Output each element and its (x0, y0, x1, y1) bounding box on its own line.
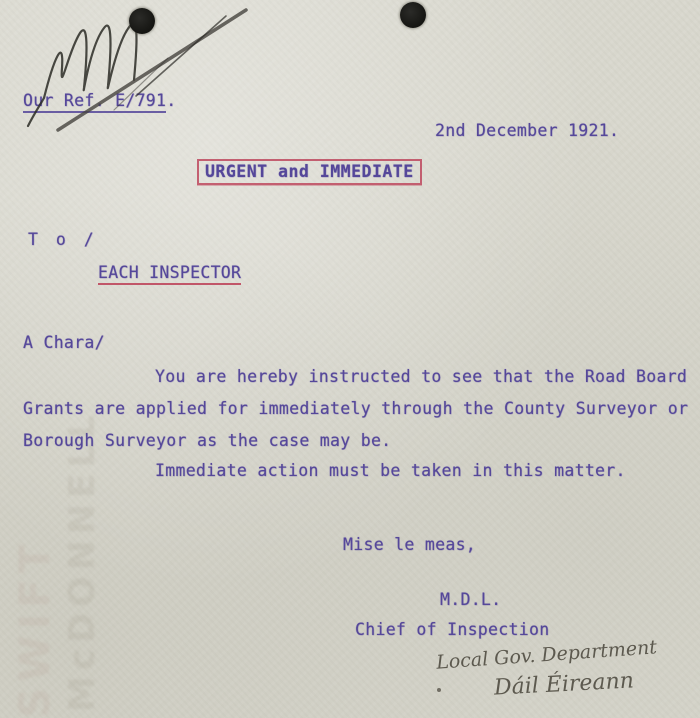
to-label: T o / (28, 230, 98, 249)
ghost-stamp-text-2: SWIFT (10, 538, 59, 718)
punch-hole-left (129, 8, 155, 34)
signature-title: Chief of Inspection (355, 620, 549, 639)
recipient-text: EACH INSPECTOR (98, 263, 241, 285)
pencil-dot (437, 688, 441, 692)
body-line-2: Grants are applied for immediately throu… (23, 399, 688, 418)
body-line-4: Immediate action must be taken in this m… (155, 461, 626, 480)
signature-initials: M.D.L. (440, 590, 501, 609)
urgent-banner: URGENT and IMMEDIATE (197, 162, 422, 181)
punch-hole-right (400, 2, 426, 28)
date-line: 2nd December 1921. (435, 121, 619, 140)
salutation: A Chara/ (23, 333, 105, 352)
closing-line: Mise le meas, (343, 535, 476, 554)
body-line-1: You are hereby instructed to see that th… (155, 367, 687, 386)
urgent-banner-text: URGENT and IMMEDIATE (197, 159, 422, 185)
recipient-line: EACH INSPECTOR (98, 263, 241, 282)
ghost-stamp-text-1: McDONNELL (62, 410, 103, 712)
